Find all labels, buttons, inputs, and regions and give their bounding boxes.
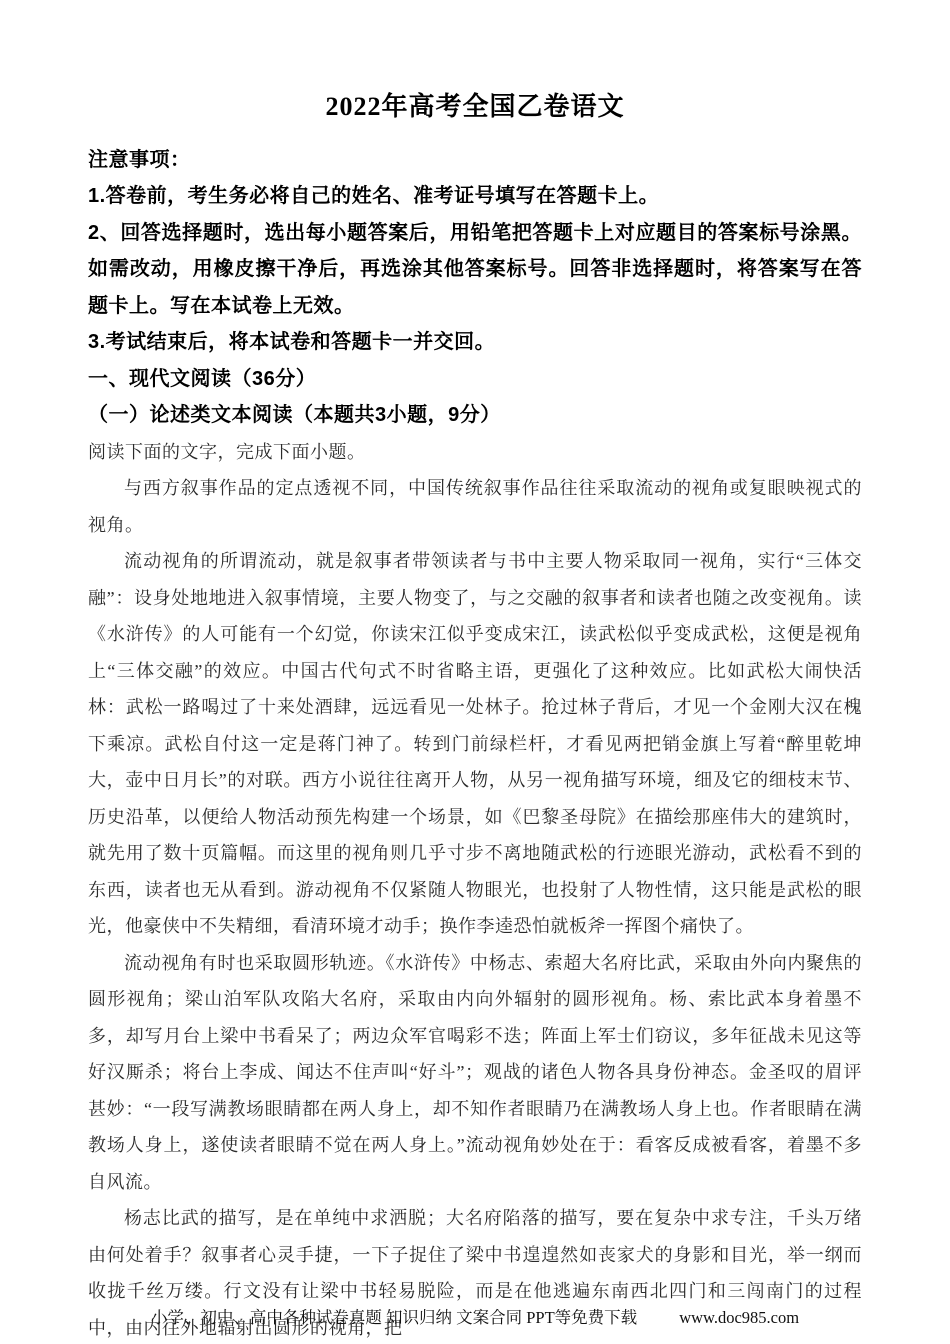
passage-paragraph-3: 流动视角有时也采取圆形轨迹。《水浒传》中杨志、索超大名府比武，采取由外向内聚焦的… [88, 945, 862, 1201]
notice-item-1: 1.答卷前，考生务必将自己的姓名、准考证号填写在答题卡上。 [88, 178, 862, 215]
notice-heading: 注意事项： [88, 142, 862, 179]
exam-document-page: 2022年高考全国乙卷语文 注意事项： 1.答卷前，考生务必将自己的姓名、准考证… [0, 0, 950, 1344]
footer-site-url[interactable]: www.doc985.com [679, 1306, 799, 1330]
footer-services-text: 小学、初中、高中各种试卷真题 知识归纳 文案合同 PPT等免费下载 [151, 1308, 637, 1327]
reading-instruction: 阅读下面的文字，完成下面小题。 [88, 434, 862, 471]
exam-title: 2022年高考全国乙卷语文 [88, 88, 862, 126]
notice-item-2: 2、回答选择题时，选出每小题答案后，用铅笔把答题卡上对应题目的答案标号涂黑。如需… [88, 215, 862, 325]
page-footer: 小学、初中、高中各种试卷真题 知识归纳 文案合同 PPT等免费下载www.doc… [0, 1306, 950, 1330]
passage-paragraph-1: 与西方叙事作品的定点透视不同，中国传统叙事作品往往采取流动的视角或复眼映视式的视… [88, 470, 862, 543]
passage-paragraph-2: 流动视角的所谓流动，就是叙事者带领读者与书中主要人物采取同一视角，实行“三体交融… [88, 543, 862, 945]
section-heading: 一、现代文阅读（36分） [88, 361, 862, 398]
subsection-heading: （一）论述类文本阅读（本题共3小题，9分） [88, 397, 862, 434]
notice-item-3: 3.考试结束后，将本试卷和答题卡一并交回。 [88, 324, 862, 361]
